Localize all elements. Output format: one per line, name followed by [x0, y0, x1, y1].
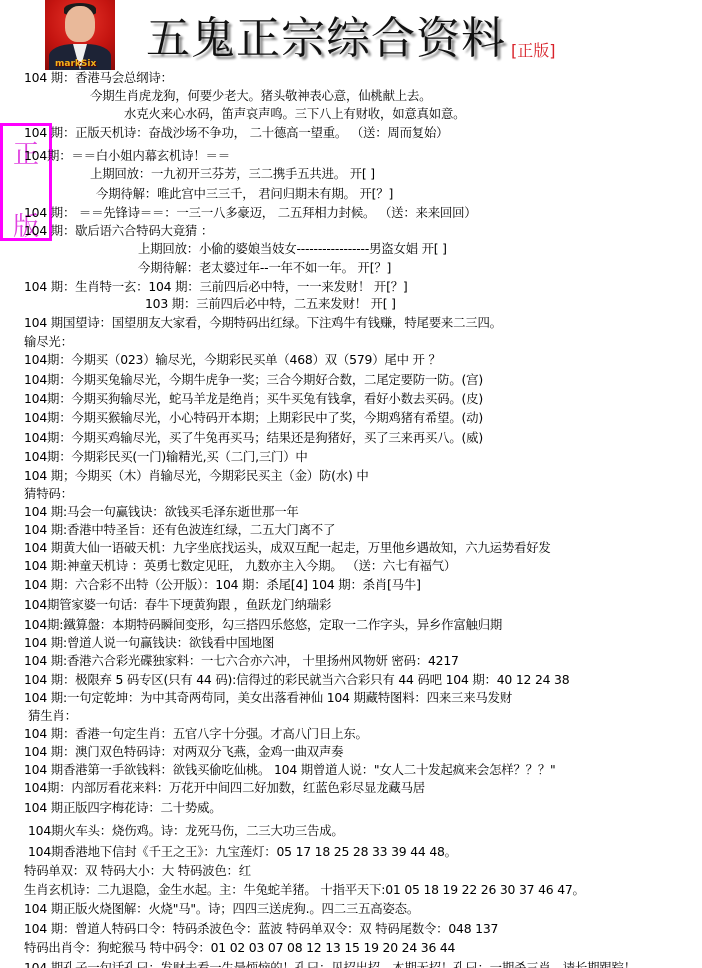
content-line: 104 期：曾道人特码口令：特码杀波色令：蓝波 特码单双令：双 特码尾数令：04…	[24, 921, 498, 937]
content-line: 103 期：三前四后必中特，二五来发财！ 开[ ]	[145, 296, 396, 312]
content-line: 104期：今期彩民买(一门)输精光,买（二门,三门）中	[24, 449, 308, 465]
content-line: 104 期： ＝＝先锋诗＝＝：一三一八多豪迈， 二五拜相力封候。 （送：来来回回…	[24, 205, 477, 221]
content-line: 104 期孔子一句话孔曰：发财去看一生最烦恼的！孔曰：见招出招，本期无招！孔曰：…	[24, 960, 636, 968]
content-line: 上期回放：一九初开三芬芳，三二携手五共进。 开[ ]	[90, 166, 375, 182]
edition-badge: [正版]	[511, 38, 556, 61]
content-line: 104 期香港第一手欲钱料：欲钱买偷吃仙桃。 104 期曾道人说："女人二十发起…	[24, 762, 556, 778]
content-line: 水克火来心水码，笛声哀声鸣。三下八上有财收，如意真如意。	[124, 106, 465, 122]
content-line: 104期管家婆一句话：春牛下埂黄狗跟 ，鱼跃龙门纳瑞彩	[24, 597, 331, 613]
content-line: 104期：今期买猴输尽光，小心特码开本期；上期彩民中了奖，今期鸡猪有希望。(动)	[24, 410, 483, 426]
content-line: 104 期：正版天机诗：奋战沙场不争功， 二十德高一望重。 （送：周而复始）	[24, 125, 448, 141]
content-line: 104期：今期买鸡输尽光，买了牛兔再买马；结果还是狗猪好，买了三来再买八。(威)	[24, 430, 483, 446]
content-line: 今期待解：唯此宫中三三千， 君问归期未有期。 开[？]	[96, 186, 393, 202]
content-line: 特码出肖令：狗蛇猴马 特中码令：01 02 03 07 08 12 13 15 …	[24, 940, 455, 956]
content-line: 104 期:香港中特圣旨：还有色波连红绿，二五大门离不了	[24, 522, 335, 538]
content-line: 104期：今期买（023）输尽光，今期彩民买单（468）双（579）尾中 开 ？	[24, 352, 441, 368]
content-line: 上期回放：小偷的婆娘当妓女-----------------男盗女娼 开[ ]	[138, 241, 447, 257]
content-line: 特码单双：双 特码大小：大 特码波色：红	[24, 863, 251, 879]
content-line: 104 期：香港马会总纲诗：	[24, 70, 173, 86]
content-line: 104 期:曾道人说一句赢钱诀：欲钱看中国地图	[24, 635, 274, 651]
content-line: 104 期：歇后语六合特码大竟猜 ：	[24, 223, 213, 239]
content-line: 104期：＝＝白小姐内幕玄机诗！＝＝	[24, 148, 230, 164]
content-line: 104 期；今期买（木）肖输尽光，今期彩民买主（金）防(水) 中	[24, 468, 369, 484]
content-line: 104 期：生肖特一玄：104 期：三前四后必中特，一一来发财！ 开[？]	[24, 279, 408, 295]
content-line: 104期：今期买狗输尽光，蛇马羊龙是绝肖；买牛买兔有钱拿，看好小数去买码。(皮)	[24, 391, 483, 407]
content-line: 今期待解：老太婆过年--一年不如一年。 开[？]	[138, 260, 391, 276]
content-line: 猜生肖：	[28, 708, 77, 724]
marksix-logo: markSix	[55, 59, 96, 69]
content-line: 猜特码：	[24, 486, 73, 502]
content-line: 104 期国望诗：国望朋友大家看，今期特码出红绿。下注鸡牛有钱赚，特尾要来二三四…	[24, 315, 502, 331]
portrait-photo: markSix	[45, 0, 115, 70]
page-header: markSix 五鬼正宗综合资料 [正版]	[0, 0, 702, 70]
content-line: 104 期:香港六合彩光碟独家料：一七六合亦六冲， 十里扬州风物妍 密码：421…	[24, 653, 459, 669]
content-line: 104 期正版火烧图解：火烧"马"。诗；四四三送虎狗.。四二三五高姿态。	[24, 901, 419, 917]
portrait-face	[65, 6, 95, 42]
content-line: 104 期:马会一句赢钱诀：欲钱买毛泽东逝世那一年	[24, 504, 299, 520]
content-line: 104期火车头：烧伤鸡。诗：龙死马伤，二三大功三告成。	[28, 823, 344, 839]
content-line: 104 期:神童天机诗 ：英勇七数定见旺， 九数亦主入今期。 （送：六七有福气）	[24, 558, 456, 574]
content-line: 104 期：香港一句定生肖：五官八字十分强。才高八门日上东。	[24, 726, 368, 742]
content-line: 104 期：极限弃 5 码专区(只有 44 码):信得过的彩民就当六合彩只有 4…	[24, 672, 569, 688]
content-line: 104期：内部厉看花来料：万花开中间四二好加数，红蓝色彩尽显龙藏马居	[24, 780, 425, 796]
page-title: 五鬼正宗综合资料	[146, 12, 506, 66]
content-line: 104期:鐵算盤：本期特码瞬间变形，勾三搭四乐悠悠，定取一二作字头，异乡作富触归…	[24, 617, 502, 633]
content-line: 104期：今期买兔输尽光，今期牛虎争一奖；三合今期好合数，二尾定要防一防。(宫)	[24, 372, 483, 388]
content-line: 输尽光：	[24, 334, 73, 350]
content-line: 104 期:一句定乾坤：为中其奇两苟同，美女出落看神仙 104 期藏特图料：四来…	[24, 690, 512, 706]
content-line: 104 期：澳门双色特码诗：对两双分飞燕，金鸡一曲双声奏	[24, 744, 343, 760]
content-line: 生肖玄机诗：二九退隐，金生水起。主：牛兔蛇羊猪。 十指平天下:01 05 18 …	[24, 882, 585, 898]
content-line: 104 期黄大仙一语破天机：九字坐底找运头，成双互配一起走，万里他乡遇故知，六九…	[24, 540, 551, 556]
content-line: 今期生肖虎龙狗，何要少老大。猪头敬神表心意，仙桃献上去。	[90, 88, 431, 104]
content-line: 104 期：六合彩不出特（公开版）：104 期：杀尾[4] 104 期：杀肖[马…	[24, 577, 421, 593]
content-line: 104 期正版四字梅花诗：二十势威。	[24, 800, 221, 816]
content-line: 104期香港地下信封《千王之王》：九宝莲灯：05 17 18 25 28 33 …	[28, 844, 457, 860]
